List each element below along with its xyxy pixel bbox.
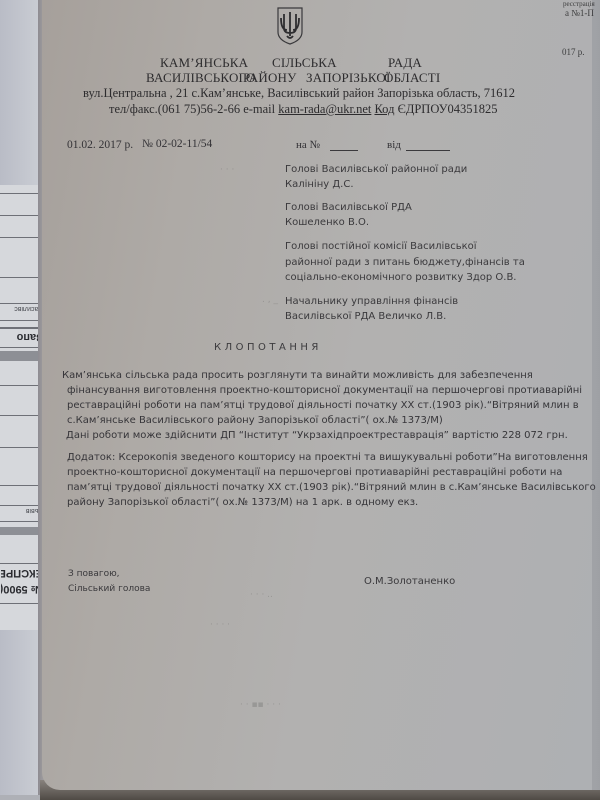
document-title: КЛОПОТАННЯ bbox=[214, 342, 322, 353]
edrpou-code: ЄДРПОУ04351825 bbox=[394, 102, 497, 116]
org-name-word: ВАСИЛІВСЬКОГО bbox=[146, 70, 256, 86]
bleed-through-mark: · · ▪▪ · · · bbox=[240, 700, 281, 710]
org-address: вул.Центральна , 21 с.Кам’янське, Василі… bbox=[83, 86, 515, 101]
bleed-through-mark: · · · · bbox=[210, 620, 230, 630]
attachment-line: пам’ятці трудової діяльності початку XX … bbox=[67, 482, 596, 493]
from-label: від bbox=[387, 139, 401, 151]
reply-number-blank bbox=[330, 140, 358, 151]
receipt-fragment: Запо bbox=[1, 331, 43, 343]
code-label: Код bbox=[374, 102, 394, 116]
recipient-line: Кошеленко В.О. bbox=[285, 217, 369, 228]
body-line: с.Кам’янське Василівського району Запорі… bbox=[67, 415, 443, 426]
receipt-fragment: ЕКСПРЕС bbox=[1, 567, 43, 579]
org-name-word: СІЛЬСЬКА bbox=[272, 55, 337, 71]
org-contacts: тел/факс.(061 75)56-2-66 e-mail kam-rada… bbox=[109, 102, 498, 117]
receipt-fragment: Львів bbox=[1, 507, 43, 514]
corner-fragment: 017 р. bbox=[562, 47, 585, 57]
corner-fragment: ресстрація bbox=[563, 0, 595, 8]
signatory-position: Сільський голова bbox=[68, 584, 150, 594]
email-link[interactable]: kam-rada@ukr.net bbox=[278, 102, 371, 116]
recipient-line: Голові постійної комісії Василівської bbox=[285, 241, 477, 252]
org-name-word: РАДА bbox=[388, 55, 422, 71]
attachment-line: проектно-кошторисної документації на пер… bbox=[67, 467, 562, 478]
body-line: фінансування виготовлення проектно-кошто… bbox=[67, 385, 582, 396]
body-line: Дані роботи може здійснити ДП “Інститут … bbox=[66, 430, 568, 441]
reply-to-label: на № bbox=[296, 139, 320, 151]
corner-fragment: а №1-П bbox=[565, 8, 594, 18]
receipt-fragment: № 5900( bbox=[1, 583, 43, 595]
org-name-word: РАЙОНУ bbox=[243, 70, 297, 86]
recipient-line: Калініну Д.С. bbox=[285, 179, 354, 190]
recipient-line: соціально-економічного розвитку Здор О.В… bbox=[285, 272, 516, 283]
receipt-fragment: Василівс bbox=[1, 305, 43, 312]
closing-regards: З повагою, bbox=[68, 569, 120, 579]
recipient-line: Голові Василівської РДА bbox=[285, 202, 412, 213]
recipient-line: районної ради з питань бюджету,фінансів … bbox=[285, 257, 525, 268]
recipient-line: Голові Василівської районної ради bbox=[285, 164, 467, 175]
trident-coat-of-arms-icon bbox=[276, 6, 304, 46]
letter-number: № 02-02-11/54 bbox=[142, 138, 212, 150]
recipient-line: Начальнику управління фінансів bbox=[285, 296, 458, 307]
body-line: Кам’янська сільська рада просить розглян… bbox=[62, 370, 533, 381]
attachment-line: Додаток: Ксерокопія зведеного кошторису … bbox=[67, 452, 588, 463]
letter-date: 01.02. 2017 р. bbox=[67, 139, 133, 151]
org-name-word: ЗАПОРІЗЬКОЇ bbox=[306, 70, 390, 86]
signatory-name: О.М.Золотаненко bbox=[364, 576, 455, 587]
org-name-word: ОБЛАСТІ bbox=[384, 70, 440, 86]
attachment-line: району Запорізької області”( ох.№ 1373/М… bbox=[67, 497, 418, 508]
recipient-line: Василівської РДА Величко Л.В. bbox=[285, 311, 446, 322]
bleed-through-mark: · · · .. bbox=[250, 590, 273, 600]
bleed-through-mark: . , _ bbox=[262, 295, 278, 305]
reply-date-blank bbox=[406, 140, 450, 151]
phone-fax: тел/факс.(061 75)56-2-66 e-mail bbox=[109, 102, 278, 116]
bleed-through-mark: · · · bbox=[220, 165, 234, 175]
body-line: реставраційні роботи на пам’ятці трудово… bbox=[67, 400, 579, 411]
org-name-word: КАМ’ЯНСЬКА bbox=[160, 55, 248, 71]
